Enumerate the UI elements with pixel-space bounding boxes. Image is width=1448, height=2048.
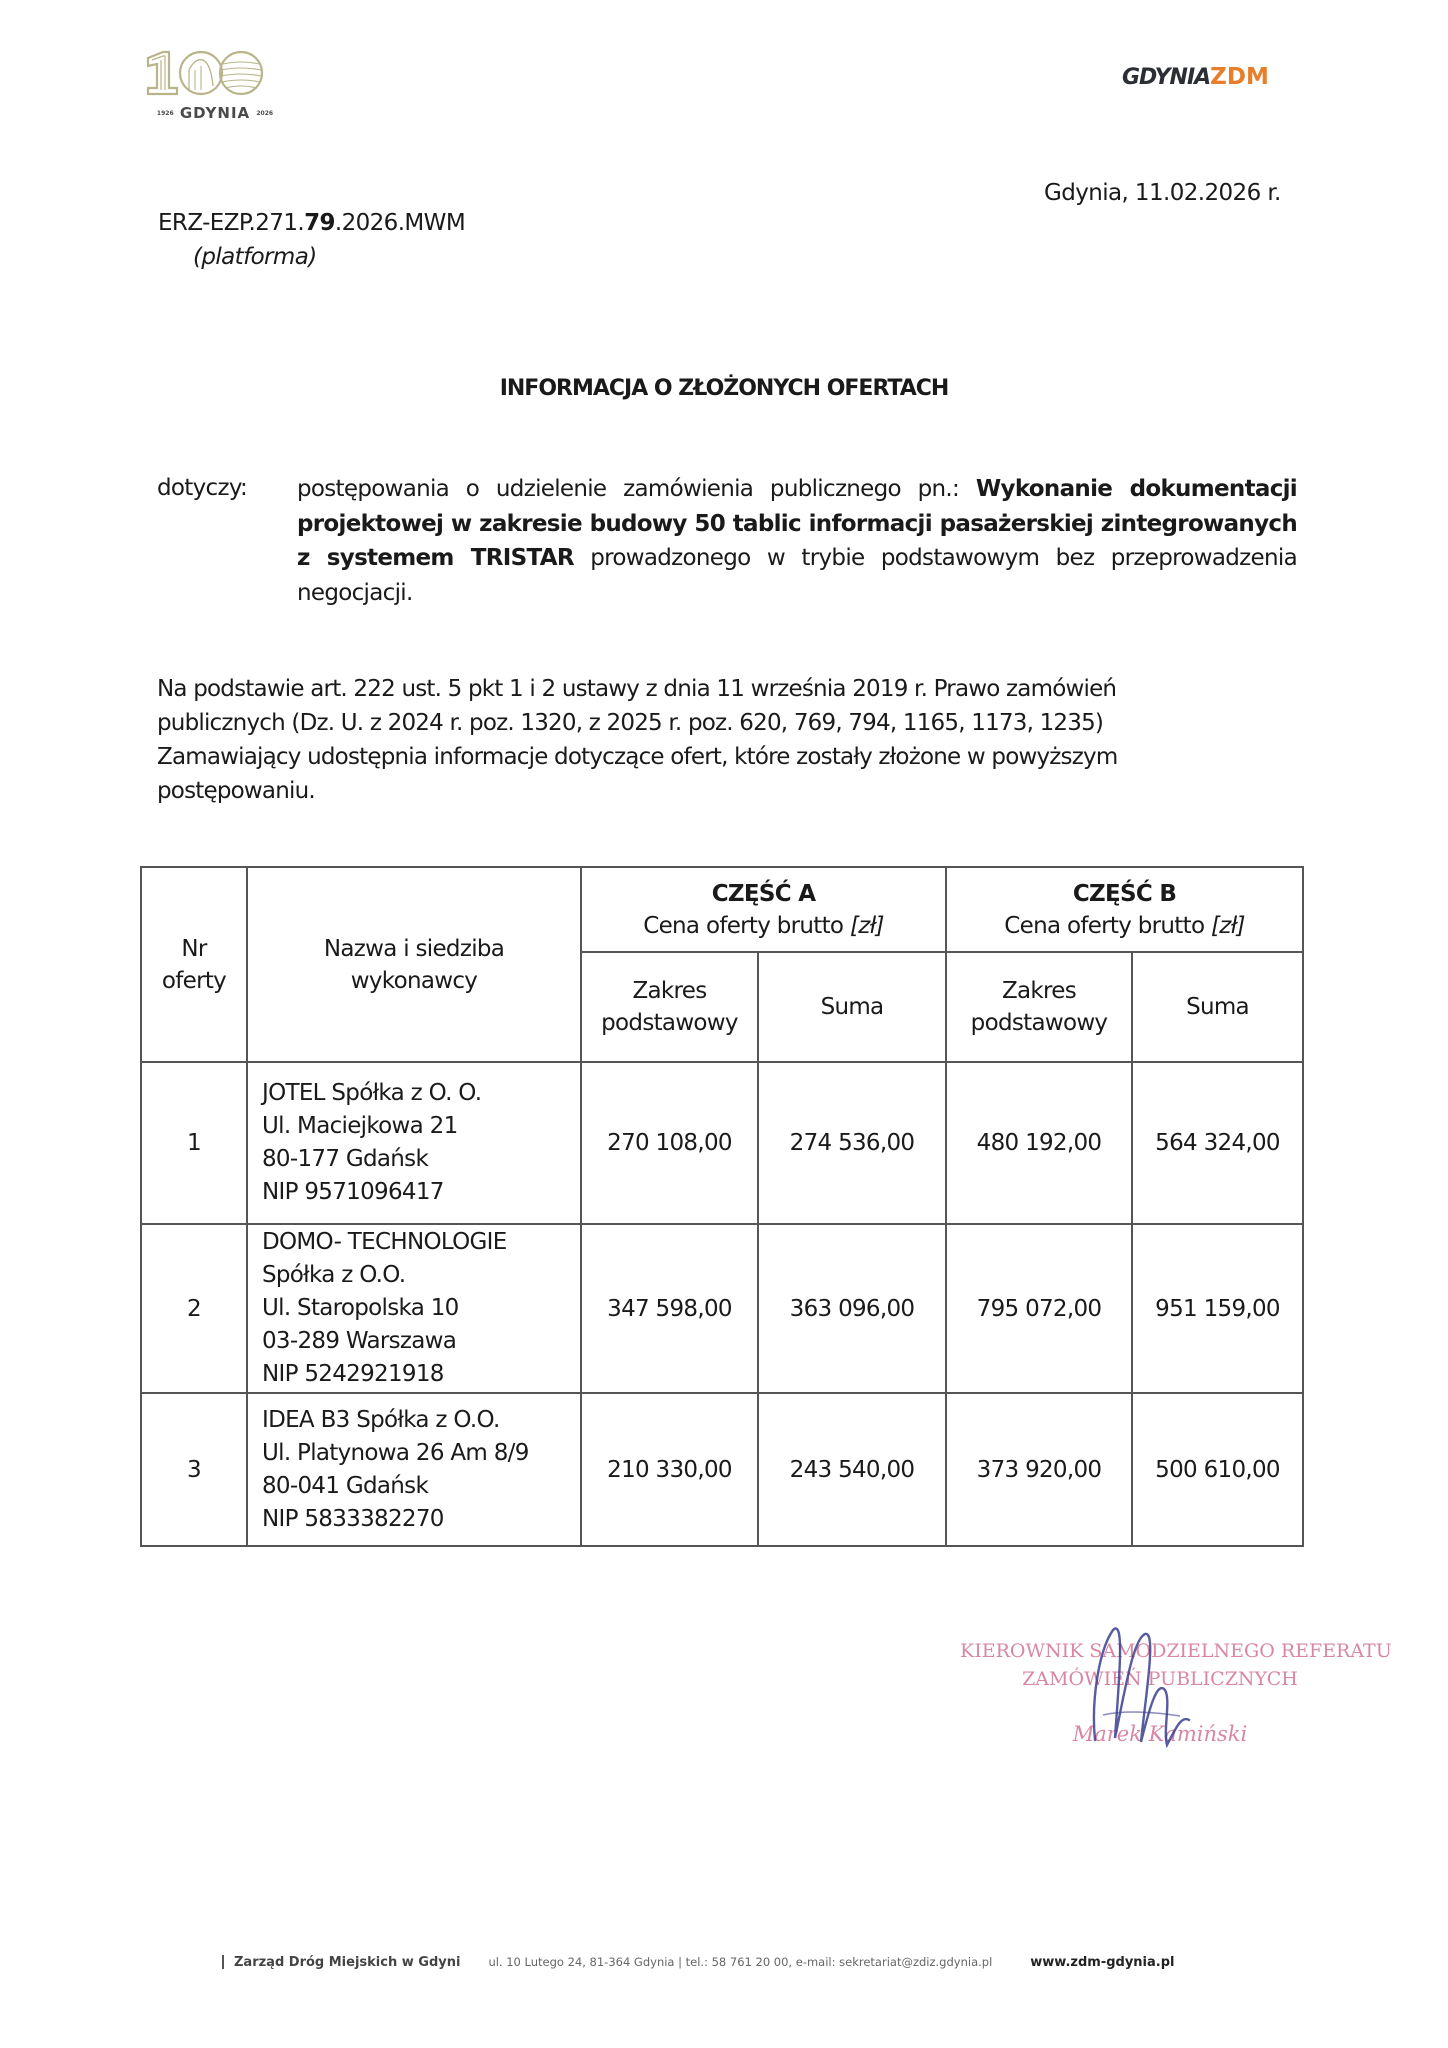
gdynia-100-logo: 1926 GDYNIA 2026 [145,48,285,123]
offer-number: 3 [141,1393,247,1546]
contractor-line: Ul. Platynowa 26 Am 8/9 [262,1437,580,1470]
footer-contact: ul. 10 Lutego 24, 81-364 Gdynia | tel.: … [488,1955,992,1969]
contractor-line: 03-289 Warszawa [262,1325,580,1358]
header-offer-number: Nr oferty [141,867,247,1062]
header-part-b-basic: Zakres podstawowy [946,952,1132,1062]
offer-row: 2DOMO- TECHNOLOGIESpółka z O.O.Ul. Staro… [141,1224,1303,1393]
contractor-line: 80-177 Gdańsk [262,1143,580,1176]
platform-note: (platforma) [193,244,317,270]
contractor-details: JOTEL Spółka z O. O.Ul. Maciejkowa 2180-… [247,1062,581,1224]
header-part-b: CZĘŚĆ B Cena oferty brutto [zł] [946,867,1303,952]
part-b-unit: [zł] [1211,913,1245,939]
header-part-b-sum: Suma [1132,952,1303,1062]
reference-number: ERZ-EZP.271.79.2026.MWM [158,210,465,236]
offers-table-body: 1JOTEL Spółka z O. O.Ul. Maciejkowa 2180… [141,1062,1303,1546]
contractor-line: Ul. Maciejkowa 21 [262,1110,580,1143]
price-part-a-basic: 347 598,00 [581,1224,758,1393]
subject-body: postępowania o udzielenie zamówienia pub… [297,472,1297,610]
contractor-line: Spółka z O.O. [262,1259,580,1292]
footer-divider [222,1955,224,1969]
handwritten-signature-icon [1085,1620,1195,1755]
subject-label: dotyczy: [157,475,247,501]
contractor-line: NIP 5833382270 [262,1503,580,1536]
part-a-unit: [zł] [850,913,884,939]
offer-row: 3IDEA B3 Spółka z O.O.Ul. Platynowa 26 A… [141,1393,1303,1546]
price-part-b-sum: 500 610,00 [1132,1393,1303,1546]
page-footer: Zarząd Dróg Miejskich w Gdyniul. 10 Lute… [222,1951,1174,1970]
contractor-line: NIP 5242921918 [262,1358,580,1391]
document-date: Gdynia, 11.02.2026 r. [1044,180,1281,206]
gdynia-zdm-logo: GDYNIAZDM [1122,64,1269,90]
contractor-line: DOMO- TECHNOLOGIE [262,1226,580,1259]
contractor-line: 80-041 Gdańsk [262,1470,580,1503]
price-part-a-sum: 243 540,00 [758,1393,946,1546]
price-part-b-sum: 564 324,00 [1132,1062,1303,1224]
reference-suffix: .2026.MWM [335,210,465,236]
contractor-line: IDEA B3 Spółka z O.O. [262,1404,580,1437]
header-part-a: CZĘŚĆ A Cena oferty brutto [zł] [581,867,946,952]
logo-city-text: 1926 GDYNIA 2026 [145,104,285,122]
reference-prefix: ERZ-EZP.271. [158,210,304,236]
price-part-b-basic: 373 920,00 [946,1393,1132,1546]
price-part-a-sum: 274 536,00 [758,1062,946,1224]
header-part-a-sum: Suma [758,952,946,1062]
logo-gdynia-text: GDYNIA [1122,65,1210,90]
price-part-a-basic: 210 330,00 [581,1393,758,1546]
header-contractor-name: Nazwa i siedziba wykonawcy [247,867,581,1062]
price-part-a-sum: 363 096,00 [758,1224,946,1393]
logo-year-from: 1926 [157,110,174,117]
gdynia-100-anniversary-icon [145,48,265,96]
contractor-details: IDEA B3 Spółka z O.O.Ul. Platynowa 26 Am… [247,1393,581,1546]
contractor-line: NIP 9571096417 [262,1176,580,1209]
price-part-b-basic: 795 072,00 [946,1224,1132,1393]
footer-organization: Zarząd Dróg Miejskich w Gdyni [234,1955,460,1970]
header-part-a-basic: Zakres podstawowy [581,952,758,1062]
price-part-b-basic: 480 192,00 [946,1062,1132,1224]
part-a-subtitle: Cena oferty brutto [643,913,843,939]
logo-city-name: GDYNIA [180,104,250,122]
price-part-b-sum: 951 159,00 [1132,1224,1303,1393]
part-b-title: CZĘŚĆ B [947,878,1302,910]
offer-number: 1 [141,1062,247,1224]
offer-row: 1JOTEL Spółka z O. O.Ul. Maciejkowa 2180… [141,1062,1303,1224]
reference-case-number: 79 [304,210,335,236]
price-part-a-basic: 270 108,00 [581,1062,758,1224]
part-a-title: CZĘŚĆ A [582,878,945,910]
logo-zdm-text: ZDM [1210,64,1269,90]
contractor-line: Ul. Staropolska 10 [262,1292,580,1325]
part-b-subtitle: Cena oferty brutto [1004,913,1204,939]
offer-number: 2 [141,1224,247,1393]
offers-table: Nr oferty Nazwa i siedziba wykonawcy CZĘ… [140,866,1304,1547]
logo-year-to: 2026 [256,110,273,117]
contractor-details: DOMO- TECHNOLOGIESpółka z O.O.Ul. Starop… [247,1224,581,1393]
document-title: INFORMACJA O ZŁOŻONYCH OFERTACH [0,376,1448,401]
footer-website-link[interactable]: www.zdm-gdynia.pl [1030,1955,1174,1970]
contractor-line: JOTEL Spółka z O. O. [262,1077,580,1110]
legal-basis-paragraph: Na podstawie art. 222 ust. 5 pkt 1 i 2 u… [157,672,1237,808]
subject-intro: postępowania o udzielenie zamówienia pub… [297,476,959,502]
